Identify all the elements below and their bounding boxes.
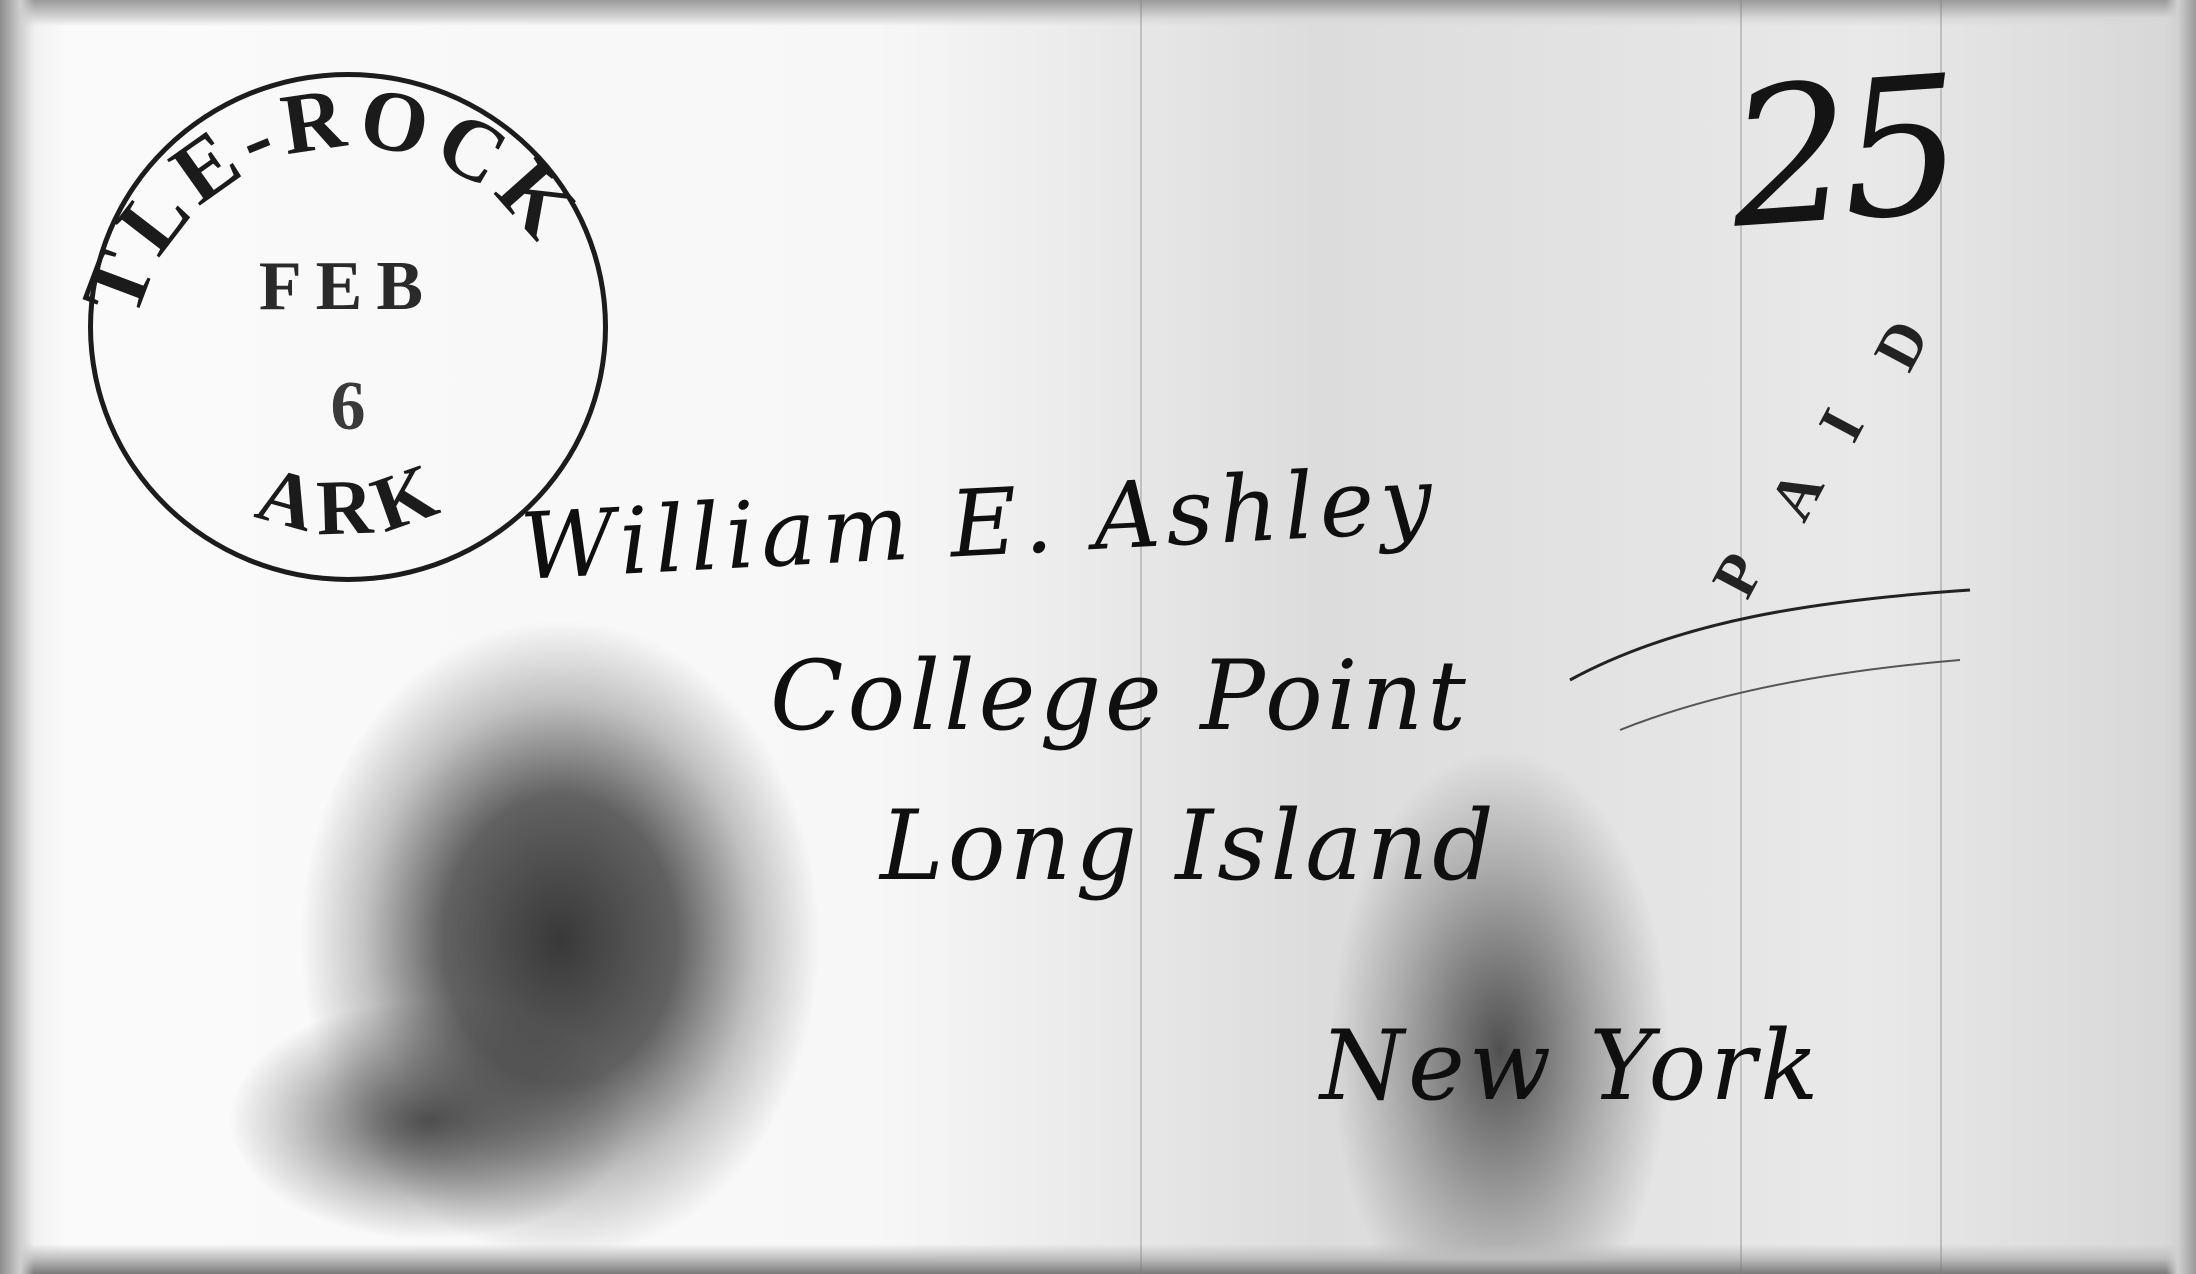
paper-edge-top <box>0 0 2196 26</box>
postmark-month: FEB <box>93 247 603 327</box>
paid-letter-a: A <box>1756 459 1840 532</box>
address-line-town: College Point <box>770 640 1470 752</box>
addressee-name: William E. Ashley <box>518 446 1441 601</box>
paid-letter-i: I <box>1805 398 1879 453</box>
address-line-state: New York <box>1320 1010 1822 1122</box>
address-line-region: Long Island <box>880 790 1498 902</box>
postmark-state: ARK <box>248 443 457 551</box>
manuscript-rate-marking: 25 <box>1724 34 2196 256</box>
paper-fold-line <box>1140 0 1142 1274</box>
envelope-cover: TLE-ROCK ARK FEB 6 25 P A I D William E.… <box>0 0 2196 1274</box>
paper-edge-bottom <box>0 1244 2196 1274</box>
underline-flourish <box>1560 560 1980 760</box>
svg-text:ARK: ARK <box>248 443 457 551</box>
paid-letter-d: D <box>1861 309 1945 382</box>
paper-edge-left <box>0 0 34 1274</box>
postmark-day: 6 <box>93 367 603 447</box>
